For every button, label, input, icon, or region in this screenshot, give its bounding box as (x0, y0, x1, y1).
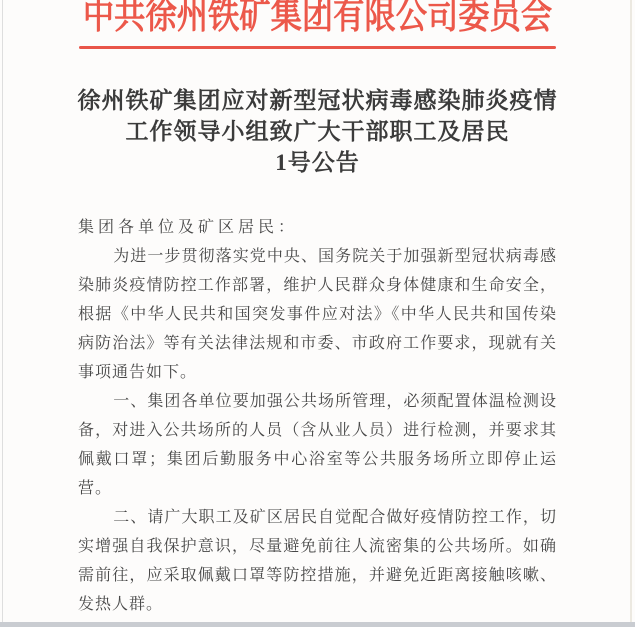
paragraph-intro: 为进一步贯彻落实党中央、国务院关于加强新型冠状病毒感染肺炎疫情防控工作部署，维护… (78, 242, 557, 387)
document-page: 中共徐州铁矿集团有限公司委员会 徐州铁矿集团应对新型冠状病毒感染肺炎疫情 工作领… (0, 0, 635, 627)
letterhead: 中共徐州铁矿集团有限公司委员会 (0, 0, 635, 49)
title-line-3: 1号公告 (0, 147, 635, 178)
title-line-1: 徐州铁矿集团应对新型冠状病毒感染肺炎疫情 (0, 85, 635, 116)
title-line-2: 工作领导小组致广大干部职工及居民 (0, 116, 635, 147)
paragraph-item-2: 二、请广大职工及矿区居民自觉配合做好疫情防控工作，切实增强自我保护意识，尽量避免… (78, 503, 557, 619)
document-body: 集团各单位及矿区居民： 为进一步贯彻落实党中央、国务院关于加强新型冠状病毒感染肺… (78, 213, 557, 619)
scan-edge-right (630, 0, 632, 627)
letterhead-divider-line (79, 46, 556, 49)
scan-edge-bottom (0, 622, 635, 627)
letterhead-org-name: 中共徐州铁矿集团有限公司委员会 (25, 0, 609, 41)
scan-edge-left (2, 0, 3, 627)
paragraph-item-1: 一、集团各单位要加强公共场所管理，必须配置体温检测设备，对进入公共场所的人员（含… (78, 387, 557, 503)
salutation: 集团各单位及矿区居民： (78, 213, 557, 242)
document-title: 徐州铁矿集团应对新型冠状病毒感染肺炎疫情 工作领导小组致广大干部职工及居民 1号… (0, 85, 635, 178)
